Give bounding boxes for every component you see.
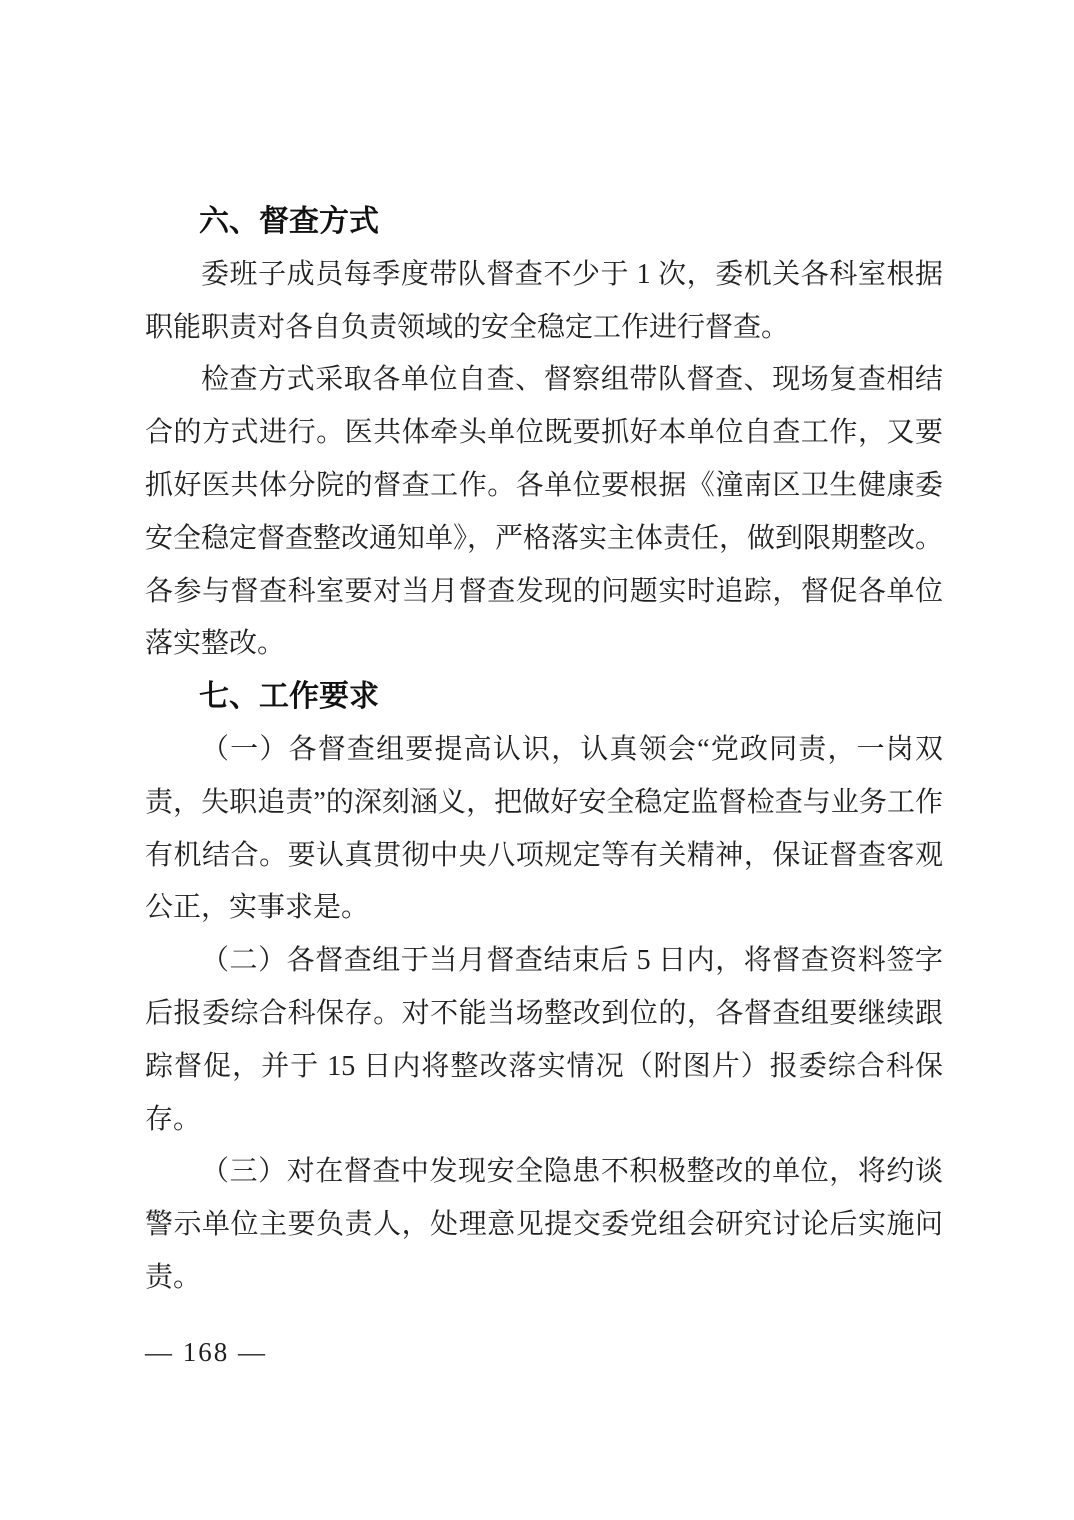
paragraph-requirement-2: （二）各督查组于当月督查结束后 5 日内，将督查资料签字后报委综合科保存。对不能… [145, 935, 943, 1146]
paragraph-requirement-1: （一）各督查组要提高认识，认真领会“党政同责，一岗双责，失职追责”的深刻涵义，把… [145, 724, 943, 935]
paragraph-requirement-3: （三）对在督查中发现安全隐患不积极整改的单位，将约谈警示单位主要负责人，处理意见… [145, 1146, 943, 1304]
document-page: 六、督查方式 委班子成员每季度带队督查不少于 1 次，委机关各科室根据职能职责对… [0, 0, 1074, 1520]
section-heading-work-requirements: 七、工作要求 [145, 671, 943, 724]
section-heading-supervision-method: 六、督查方式 [145, 196, 943, 249]
page-number: — 168 — [145, 1336, 267, 1368]
paragraph-supervision-frequency: 委班子成员每季度带队督查不少于 1 次，委机关各科室根据职能职责对各自负责领域的… [145, 249, 943, 355]
paragraph-inspection-approach: 检查方式采取各单位自查、督察组带队督查、现场复查相结合的方式进行。医共体牵头单位… [145, 354, 943, 671]
document-body: 六、督查方式 委班子成员每季度带队督查不少于 1 次，委机关各科室根据职能职责对… [145, 196, 943, 1305]
